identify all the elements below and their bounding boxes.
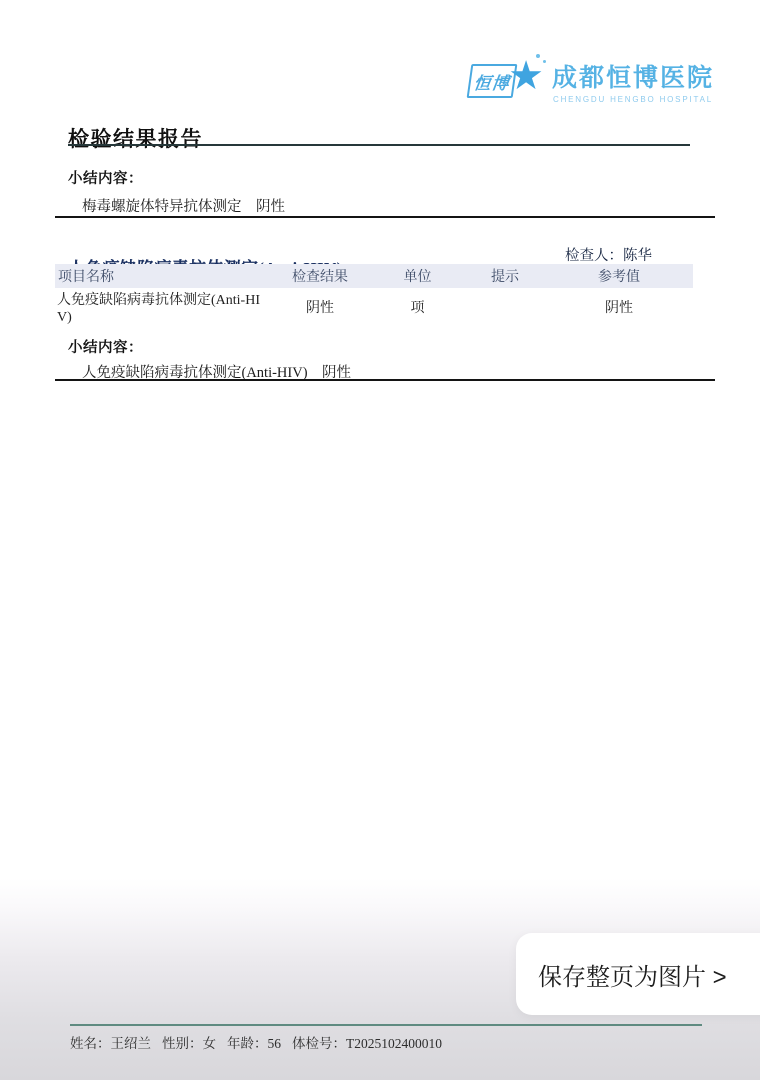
title-underline (68, 144, 690, 146)
page-title: 检验结果报告 (68, 123, 203, 153)
col-header-result: 检查结果 (270, 264, 370, 288)
cell-hint (465, 288, 545, 331)
patient-exam-number: 体检号：T2025102400010 (292, 1032, 442, 1052)
section-divider (55, 379, 715, 381)
hospital-name: 成都恒博医院 (552, 58, 714, 94)
patient-info-footer: 姓名：王绍兰 性别：女 年龄：56 体检号：T2025102400010 (70, 1032, 442, 1052)
col-header-hint: 提示 (465, 264, 545, 288)
result-table: 项目名称 检查结果 单位 提示 参考值 人免疫缺陷病毒抗体测定(Anti-HIV… (55, 264, 693, 331)
summary2-label: 小结内容： (68, 336, 143, 357)
cell-reference: 阴性 (545, 288, 693, 331)
cell-unit: 项 (370, 288, 465, 331)
table-row: 人免疫缺陷病毒抗体测定(Anti-HIV) 阴性 项 阴性 (55, 288, 693, 331)
col-header-unit: 单位 (370, 264, 465, 288)
save-page-as-image-button[interactable]: 保存整页为图片 > (516, 933, 760, 1015)
section-divider (55, 216, 715, 218)
hospital-name-block: 成都恒博医院 CHENGDU HENGBO HOSPITAL (552, 58, 714, 104)
summary1-label: 小结内容： (68, 167, 143, 188)
cell-item-name: 人免疫缺陷病毒抗体测定(Anti-HIV) (55, 288, 270, 331)
patient-age: 年龄：56 (227, 1032, 281, 1052)
hospital-name-en: CHENGDU HENGBO HOSPITAL (552, 95, 714, 104)
footer-divider (70, 1024, 702, 1026)
star-icon: ★ (508, 56, 544, 96)
patient-gender: 性别：女 (162, 1032, 216, 1052)
summary1-line: 梅毒螺旋体特异抗体测定 阴性 (82, 195, 285, 216)
hospital-logo: 恒博 ★ 成都恒博医院 CHENGDU HENGBO HOSPITAL (469, 58, 714, 104)
col-header-item-name: 项目名称 (55, 264, 270, 288)
cell-result: 阴性 (270, 288, 370, 331)
table-header-row: 项目名称 检查结果 单位 提示 参考值 (55, 264, 693, 288)
examiner-label: 检查人：陈华 (565, 244, 652, 265)
patient-name: 姓名：王绍兰 (70, 1032, 151, 1052)
col-header-reference: 参考值 (545, 264, 693, 288)
